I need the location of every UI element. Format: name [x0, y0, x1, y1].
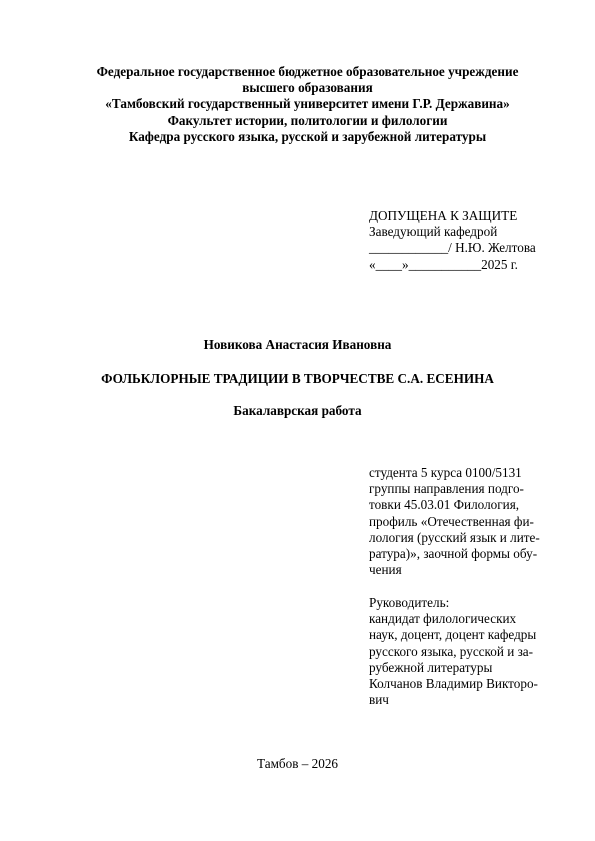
student-info-line: ратура)», заочной формы обу- [369, 546, 540, 562]
supervisor-info-line: рубежной литературы [369, 660, 538, 676]
supervisor-label: Руководитель: [369, 595, 538, 611]
approval-block: ДОПУЩЕНА К ЗАЩИТЕ Заведующий кафедрой __… [369, 208, 536, 273]
student-info-line: профиль «Отечественная фи- [369, 514, 540, 530]
supervisor-info-line: наук, доцент, доцент кафедры [369, 627, 538, 643]
supervisor-info-line: кандидат филологических [369, 611, 538, 627]
university-name: «Тамбовский государственный университет … [60, 96, 555, 112]
title-page: Федеральное государственное бюджетное об… [0, 0, 595, 841]
faculty-name: Факультет истории, политологии и филолог… [60, 113, 555, 129]
work-type: Бакалаврская работа [0, 403, 595, 419]
education-level: высшего образования [60, 80, 555, 96]
student-info-line: студента 5 курса 0100/5131 [369, 465, 540, 481]
student-info-line: группы направления подго- [369, 481, 540, 497]
student-info-line: лология (русский язык и лите- [369, 530, 540, 546]
supervisor-info-line: русского языка, русской и за- [369, 644, 538, 660]
supervisor-name-line: Колчанов Владимир Викторо- [369, 676, 538, 692]
department-name: Кафедра русского языка, русской и зарубе… [60, 129, 555, 145]
approval-signature-line: ____________/ Н.Ю. Желтова [369, 240, 536, 256]
student-info-block: студента 5 курса 0100/5131 группы направ… [369, 465, 540, 578]
institution-header: Федеральное государственное бюджетное об… [60, 64, 555, 145]
supervisor-name-line: вич [369, 692, 538, 708]
city-year: Тамбов – 2026 [0, 756, 595, 772]
approval-role: Заведующий кафедрой [369, 224, 536, 240]
approval-date-line: «____»___________2025 г. [369, 257, 536, 273]
author-name: Новикова Анастасия Ивановна [0, 337, 595, 353]
student-info-line: товки 45.03.01 Филология, [369, 497, 540, 513]
student-info-line: чения [369, 562, 540, 578]
thesis-title: ФОЛЬКЛОРНЫЕ ТРАДИЦИИ В ТВОРЧЕСТВЕ С.А. Е… [0, 371, 595, 387]
supervisor-block: Руководитель: кандидат филологических на… [369, 595, 538, 708]
approval-heading: ДОПУЩЕНА К ЗАЩИТЕ [369, 208, 536, 224]
institution-type: Федеральное государственное бюджетное об… [60, 64, 555, 80]
